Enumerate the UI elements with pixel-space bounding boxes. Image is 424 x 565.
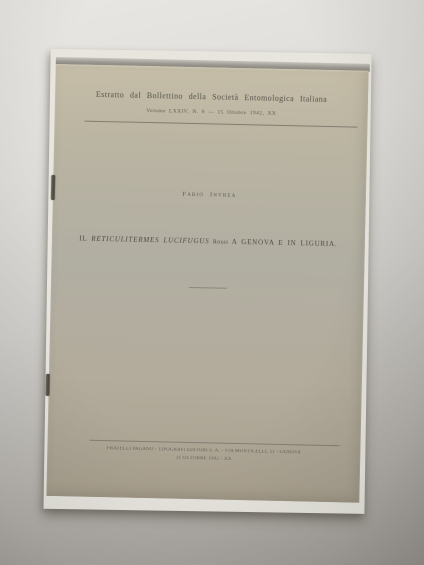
photo-background: Estratto dal Bollettino della Società En… bbox=[0, 0, 424, 565]
title-prefix: IL bbox=[79, 235, 91, 243]
bulletin-name: Estratto dal Bollettino della Società En… bbox=[55, 89, 368, 105]
imprint-divider bbox=[90, 440, 340, 446]
booklet-cover: Estratto dal Bollettino della Società En… bbox=[46, 64, 368, 503]
header-divider bbox=[85, 121, 358, 128]
author-name: Fabio Invrea bbox=[53, 188, 366, 202]
title-rest: A GENOVA E IN LIGURIA. bbox=[232, 238, 338, 248]
volume-info: Volume LXXIV, N. 8 — 15 Ottobre 1942, XX bbox=[55, 106, 368, 119]
staple-bottom bbox=[46, 374, 50, 396]
species-name: RETICULITERMES LUCIFUGUS bbox=[91, 235, 209, 246]
offprint-booklet: Estratto dal Bollettino della Società En… bbox=[45, 54, 371, 513]
article-title: IL RETICULITERMES LUCIFUGUS Rossi A GENO… bbox=[52, 234, 365, 249]
species-authority: Rossi bbox=[209, 239, 231, 245]
section-divider bbox=[189, 287, 227, 289]
